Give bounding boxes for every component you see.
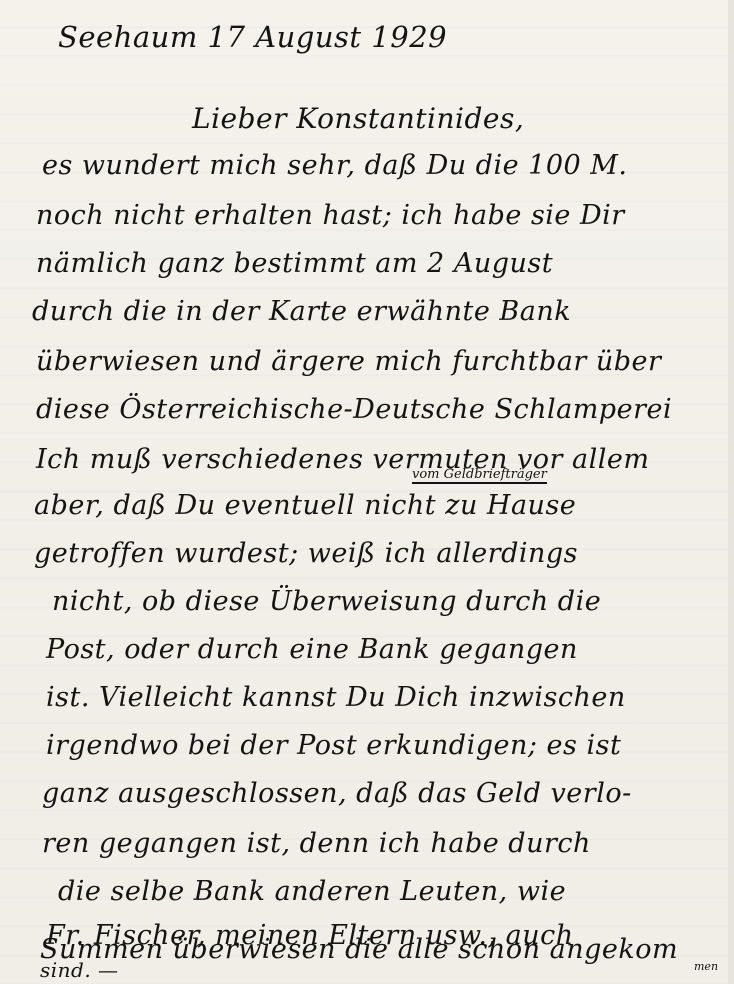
margin-continuation: men: [694, 960, 718, 973]
letter-line: irgendwo bei der Post erkundigen; es ist: [46, 730, 621, 761]
letter-line: die selbe Bank anderen Leuten, wie: [58, 876, 566, 907]
letter-line: Post, oder durch eine Bank gegangen: [46, 634, 578, 665]
salutation: Lieber Konstantinides,: [192, 102, 524, 135]
letter-line: Summen überwiesen die alle schon angekom: [40, 934, 678, 965]
letter-line: diese Österreichische-Deutsche Schlamper…: [36, 394, 672, 425]
letter-line: ganz ausgeschlossen, daß das Geld verlo-: [42, 778, 632, 809]
paper-edge: [728, 0, 734, 984]
letter-line: durch die in der Karte erwähnte Bank: [32, 296, 571, 327]
letter-line: Ich muß verschiedenes vermuten vor allem: [36, 444, 649, 475]
letter-line: ist. Vielleicht kannst Du Dich inzwische…: [46, 682, 626, 713]
letter-page: Seehaum 17 August 1929 Lieber Konstantin…: [0, 0, 734, 984]
letter-line: nämlich ganz bestimmt am 2 August: [36, 248, 553, 279]
interlinear-insert: vom Geldbriefträger: [412, 468, 547, 484]
letter-line: aber, daß Du eventuell nicht zu Hause: [34, 490, 576, 521]
letter-line: noch nicht erhalten hast; ich habe sie D…: [36, 200, 625, 231]
letter-line: überwiesen und ärgere mich furchtbar übe…: [36, 346, 661, 377]
letter-line: sind. —: [40, 958, 119, 982]
letter-line: nicht, ob diese Überweisung durch die: [52, 586, 601, 617]
letter-line: getroffen wurdest; weiß ich allerdings: [34, 538, 578, 569]
letter-line: es wundert mich sehr, daß Du die 100 M.: [42, 150, 628, 181]
place-date: Seehaum 17 August 1929: [58, 20, 447, 54]
letter-line: ren gegangen ist, denn ich habe durch: [42, 828, 591, 859]
